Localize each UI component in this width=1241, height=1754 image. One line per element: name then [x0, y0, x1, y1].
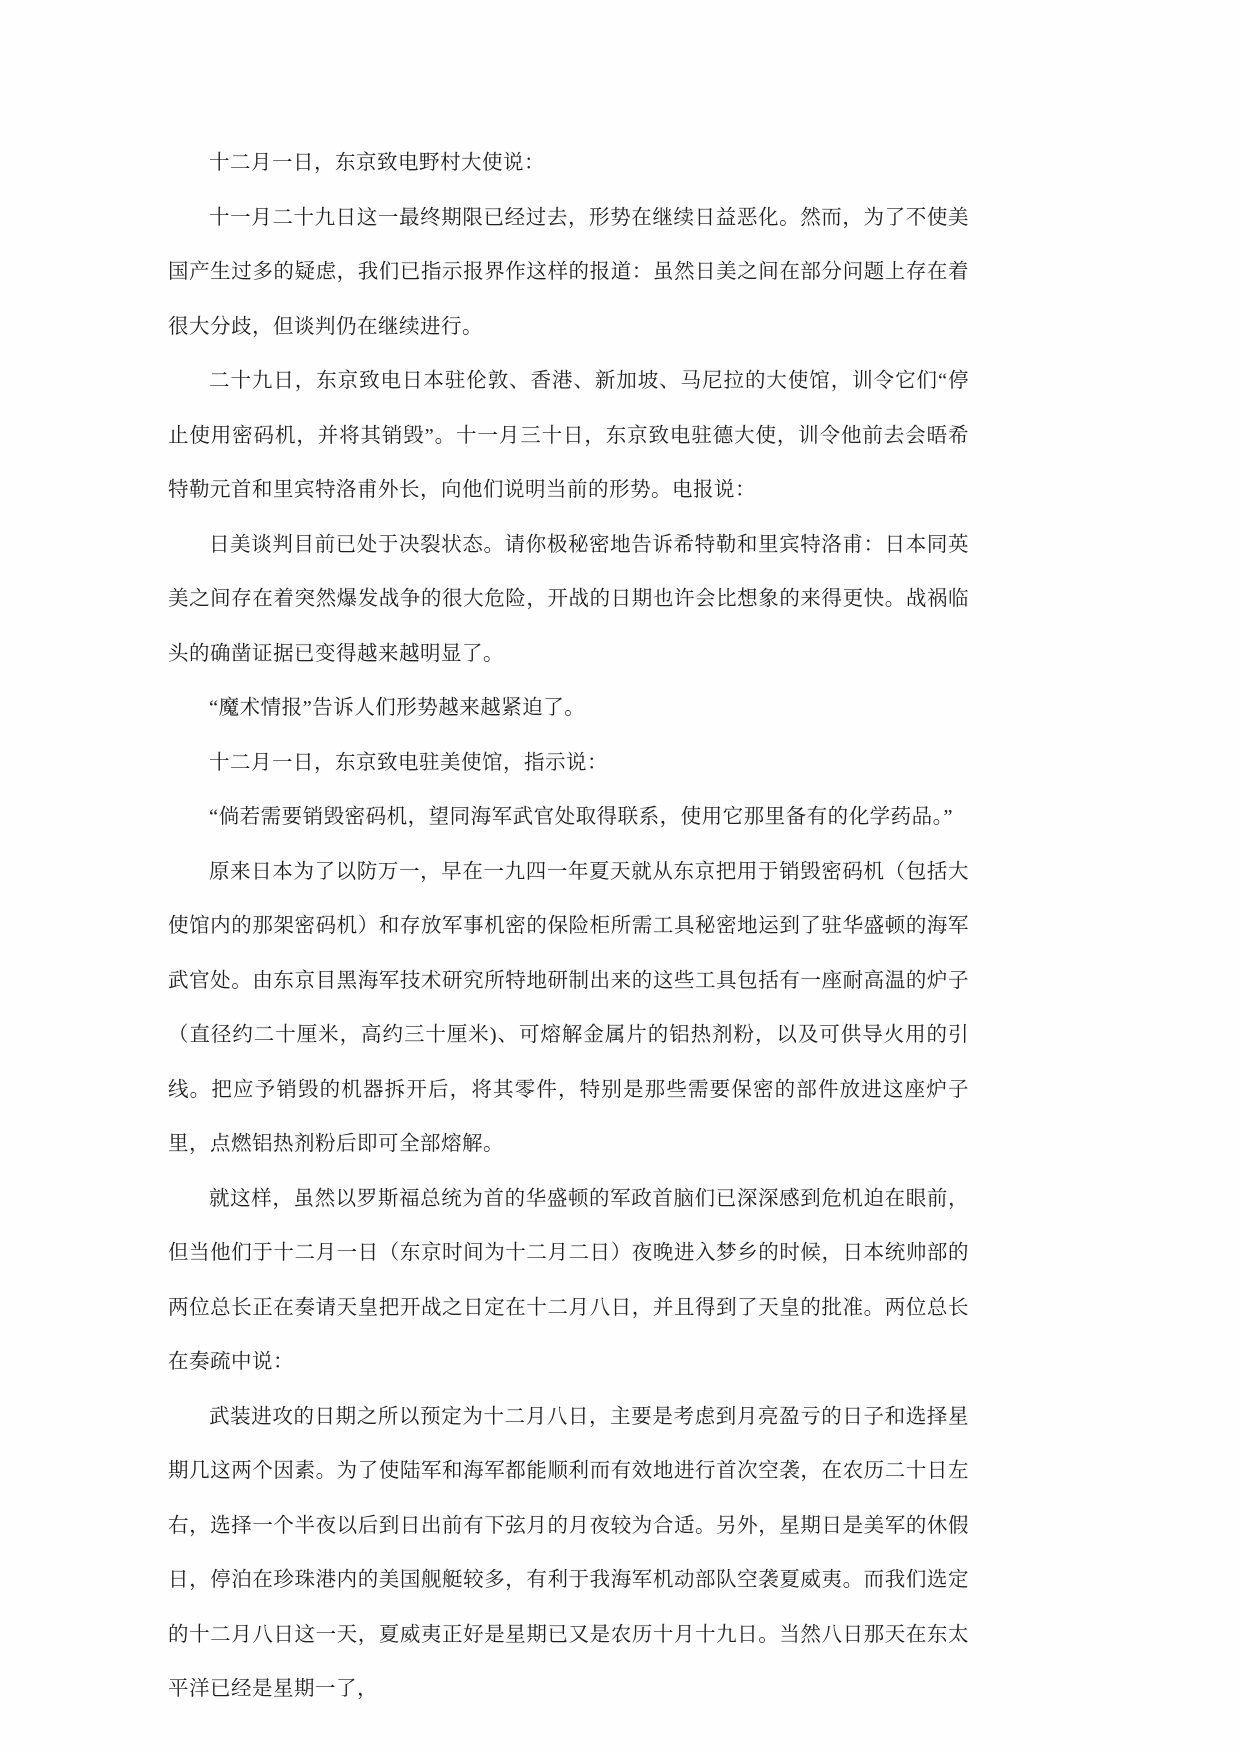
document-page: 十二月一日，东京致电野村大使说： 十一月二十九日这一最终期限已经过去，形势在继续… — [0, 0, 1241, 1754]
paragraph: 就这样，虽然以罗斯福总统为首的华盛顿的军政首脑们已深深感到危机迫在眼前，但当他们… — [168, 1172, 969, 1390]
paragraph: 十一月二十九日这一最终期限已经过去，形势在继续日益恶化。然而，为了不使美国产生过… — [168, 191, 969, 355]
paragraph: 二十九日，东京致电日本驻伦敦、香港、新加坡、马尼拉的大使馆，训令它们“停止使用密… — [168, 354, 969, 518]
paragraph: 十二月一日，东京致电驻美使馆，指示说： — [168, 736, 969, 791]
paragraph: 武装进攻的日期之所以预定为十二月八日，主要是考虑到月亮盈亏的日子和选择星期几这两… — [168, 1390, 969, 1717]
paragraph: “倘若需要销毁密码机，望同海军武官处取得联系，使用它那里备有的化学药品。” — [168, 790, 969, 845]
paragraph: 原来日本为了以防万一，早在一九四一年夏天就从东京把用于销毁密码机（包括大使馆内的… — [168, 845, 969, 1172]
paragraph: 十二月一日，东京致电野村大使说： — [168, 136, 969, 191]
paragraph: 日美谈判目前已处于决裂状态。请你极秘密地告诉希特勒和里宾特洛甫：日本同英美之间存… — [168, 518, 969, 682]
paragraph: “魔术情报”告诉人们形势越来越紧迫了。 — [168, 681, 969, 736]
